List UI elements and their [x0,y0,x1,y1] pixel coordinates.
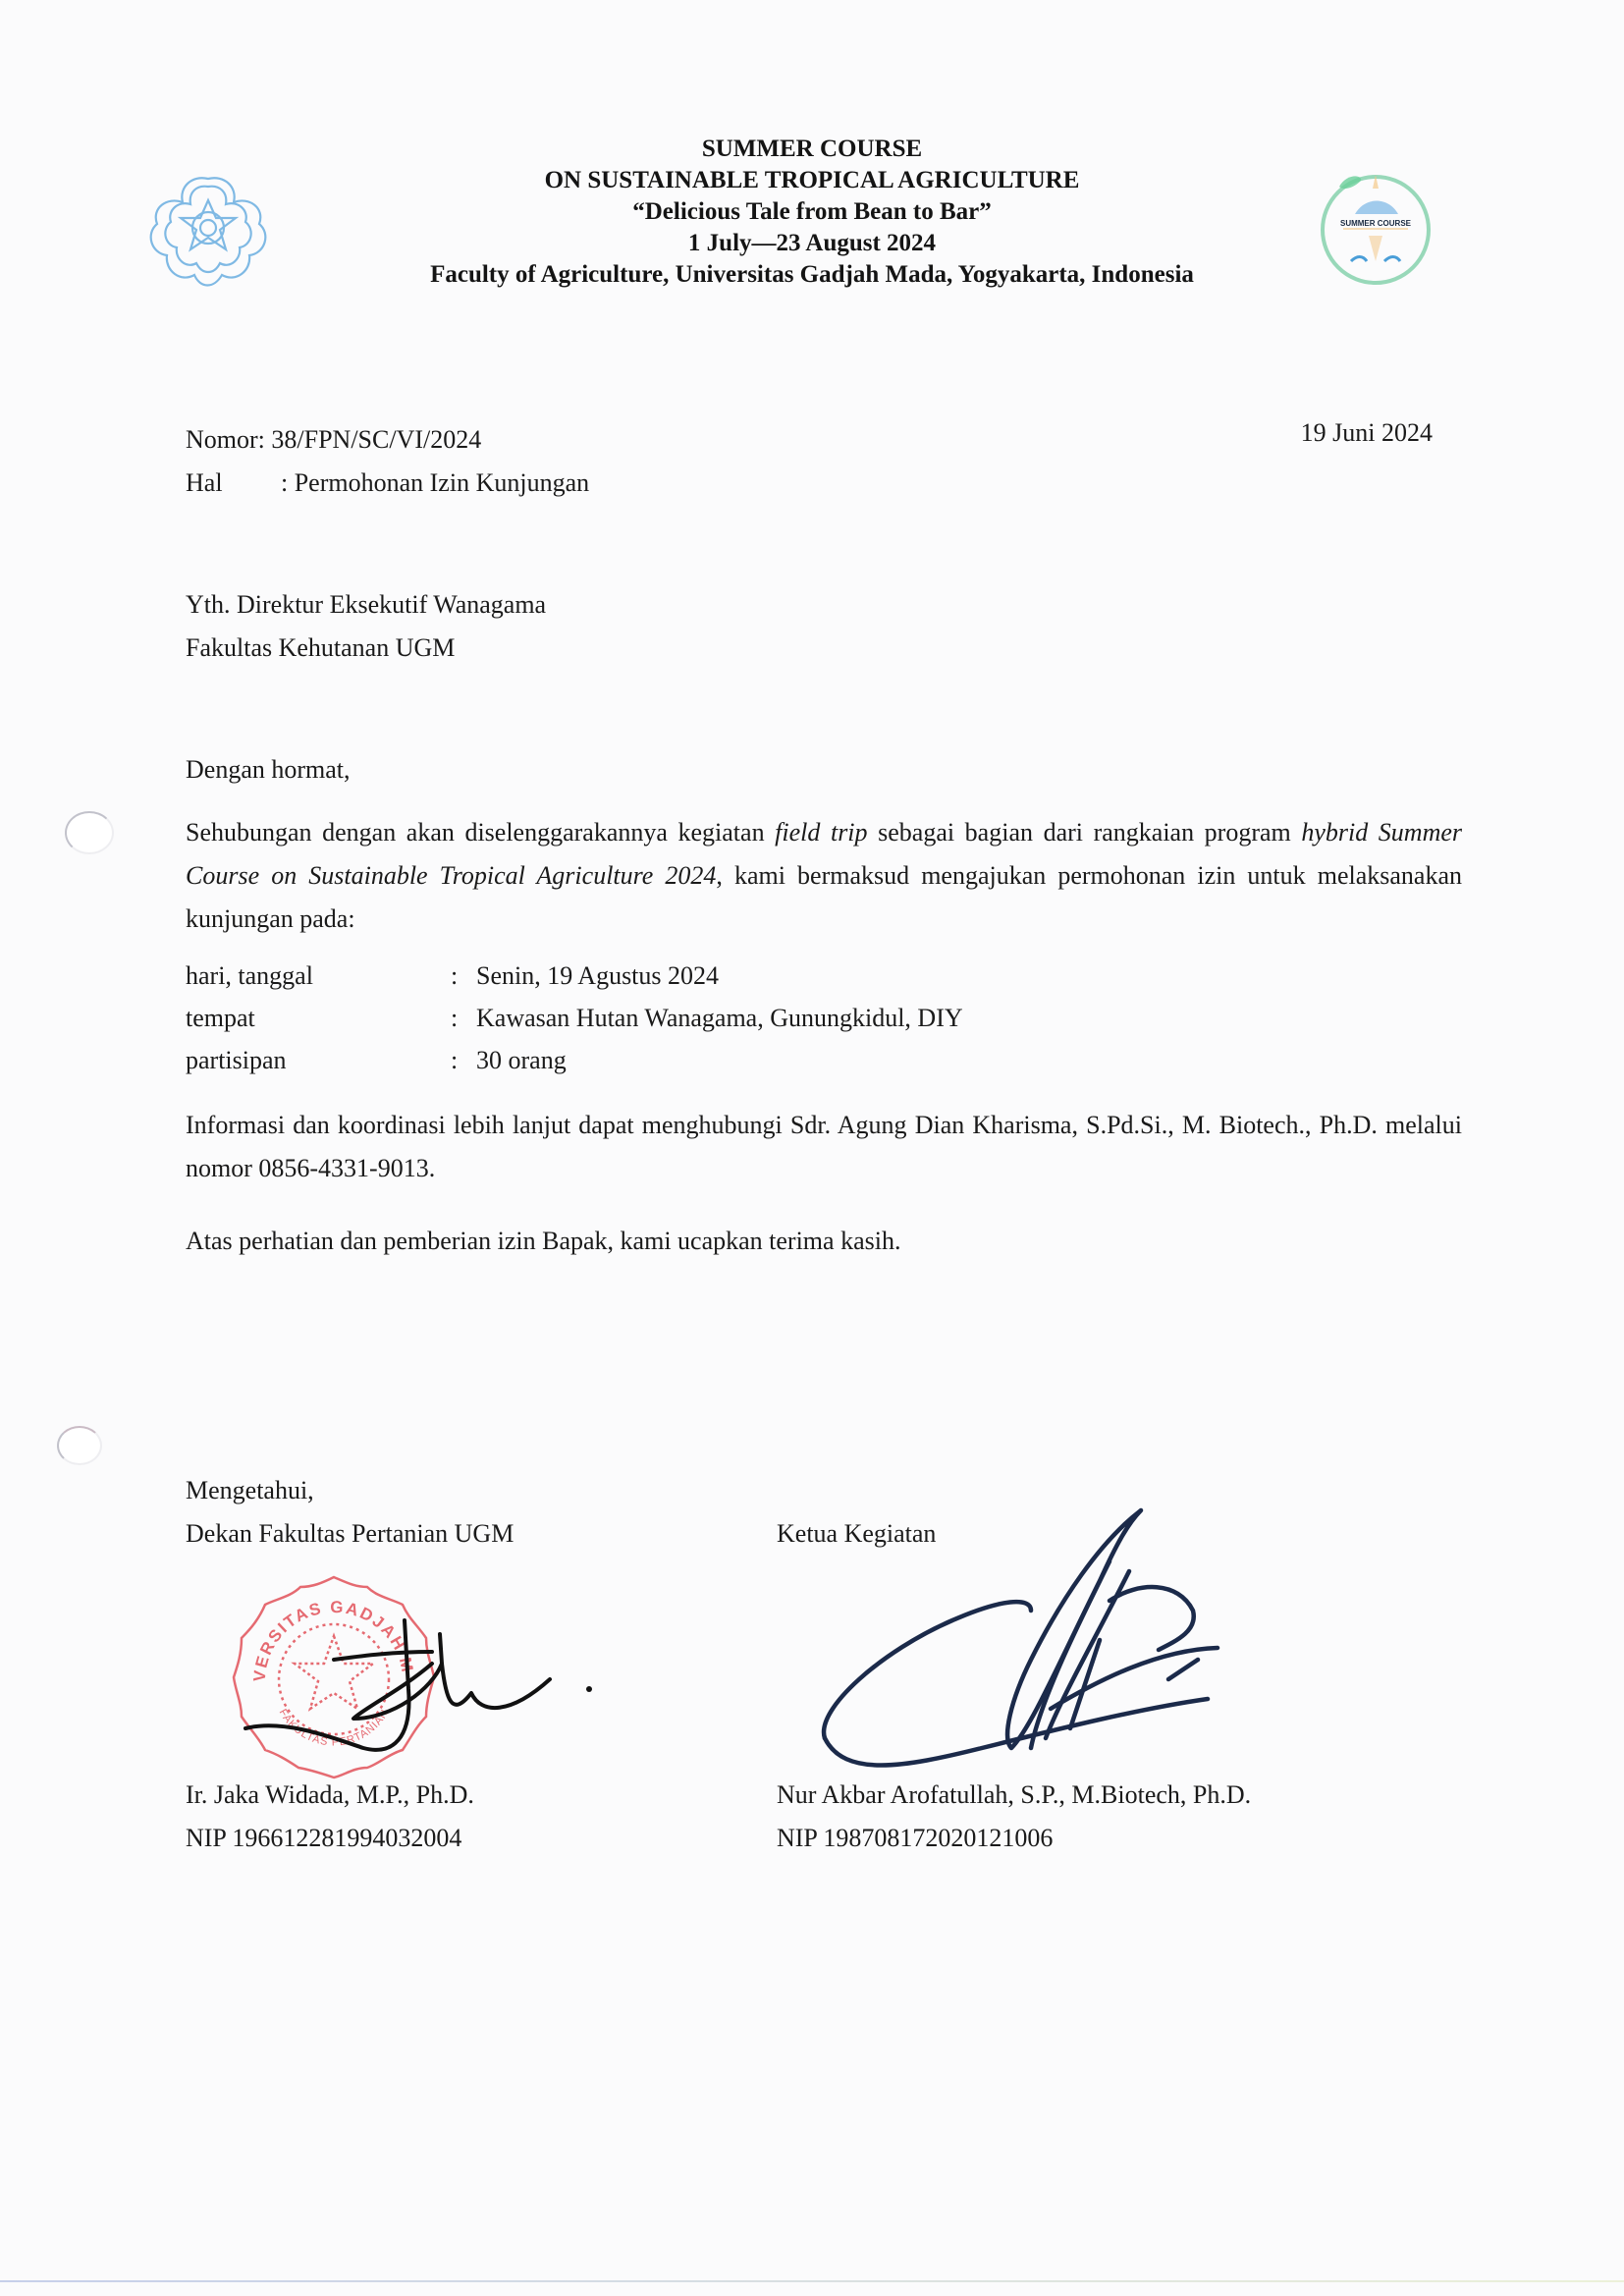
letter-meta: Nomor: 38/FPN/SC/VI/2024 Hal: Permohonan… [186,418,589,505]
recipient: Yth. Direktur Eksekutif Wanagama Fakulta… [186,583,546,670]
nomor-value: : 38/FPN/SC/VI/2024 [258,418,482,462]
recipient-line-1: Yth. Direktur Eksekutif Wanagama [186,583,546,627]
sig-left-name: Ir. Jaka Widada, M.P., Ph.D. [186,1774,474,1817]
sig-left-title: Dekan Fakultas Pertanian UGM [186,1512,514,1556]
letterhead-line-1: SUMMER COURSE [0,134,1624,165]
recipient-line-2: Fakultas Kehutanan UGM [186,627,546,670]
signature-block-left-name: Ir. Jaka Widada, M.P., Ph.D. NIP 1966122… [186,1774,474,1860]
detail-value: 30 orang [476,1039,567,1081]
sig-right-nip: NIP 198708172020121006 [777,1817,1251,1860]
letterhead-line-4: 1 July—23 August 2024 [0,228,1624,259]
hal-value: : Permohonan Izin Kunjungan [281,462,589,505]
detail-row: tempat:Kawasan Hutan Wanagama, Gunungkid… [186,997,963,1039]
detail-value: Senin, 19 Agustus 2024 [476,955,719,997]
para1-text: Sehubungan dengan akan diselenggarakanny… [186,818,775,847]
para1-text: sebagai bagian dari rangkaian program [868,818,1302,847]
detail-row: partisipan:30 orang [186,1039,963,1081]
detail-separator: : [451,1039,476,1081]
para1-italic-field-trip: field trip [775,818,867,847]
signature-chairperson [805,1503,1296,1797]
detail-label: hari, tanggal [186,955,451,997]
sig-left-nip: NIP 196612281994032004 [186,1817,474,1860]
hole-punch-mark [65,811,114,854]
hole-punch-mark [57,1426,102,1465]
salutation: Dengan hormat, [186,748,351,792]
visit-details: hari, tanggal:Senin, 19 Agustus 2024temp… [186,955,963,1081]
signature-block-right-name: Nur Akbar Arofatullah, S.P., M.Biotech, … [777,1774,1251,1860]
letterhead-line-2: ON SUSTAINABLE TROPICAL AGRICULTURE [0,165,1624,196]
paragraph-contact: Informasi dan koordinasi lebih lanjut da… [186,1104,1462,1190]
closing: Atas perhatian dan pemberian izin Bapak,… [186,1220,900,1263]
sig-left-intro: Mengetahui, [186,1469,514,1512]
hal-label: Hal [186,462,281,505]
detail-separator: : [451,955,476,997]
letterhead-line-3: “Delicious Tale from Bean to Bar” [0,196,1624,228]
letterhead: SUMMER COURSE ON SUSTAINABLE TROPICAL AG… [0,134,1624,291]
detail-row: hari, tanggal:Senin, 19 Agustus 2024 [186,955,963,997]
letterhead-line-5: Faculty of Agriculture, Universitas Gadj… [0,259,1624,291]
signature-block-left: Mengetahui, Dekan Fakultas Pertanian UGM [186,1469,514,1556]
sig-right-name: Nur Akbar Arofatullah, S.P., M.Biotech, … [777,1774,1251,1817]
detail-value: Kawasan Hutan Wanagama, Gunungkidul, DIY [476,997,963,1039]
detail-label: partisipan [186,1039,451,1081]
paragraph-intro: Sehubungan dengan akan diselenggarakanny… [186,811,1462,941]
signature-dean [245,1620,599,1768]
detail-separator: : [451,997,476,1039]
scan-edge-line [0,2280,1624,2282]
detail-label: tempat [186,997,451,1039]
nomor-label: Nomor [186,418,258,462]
letter-date: 19 Juni 2024 [1301,418,1433,448]
